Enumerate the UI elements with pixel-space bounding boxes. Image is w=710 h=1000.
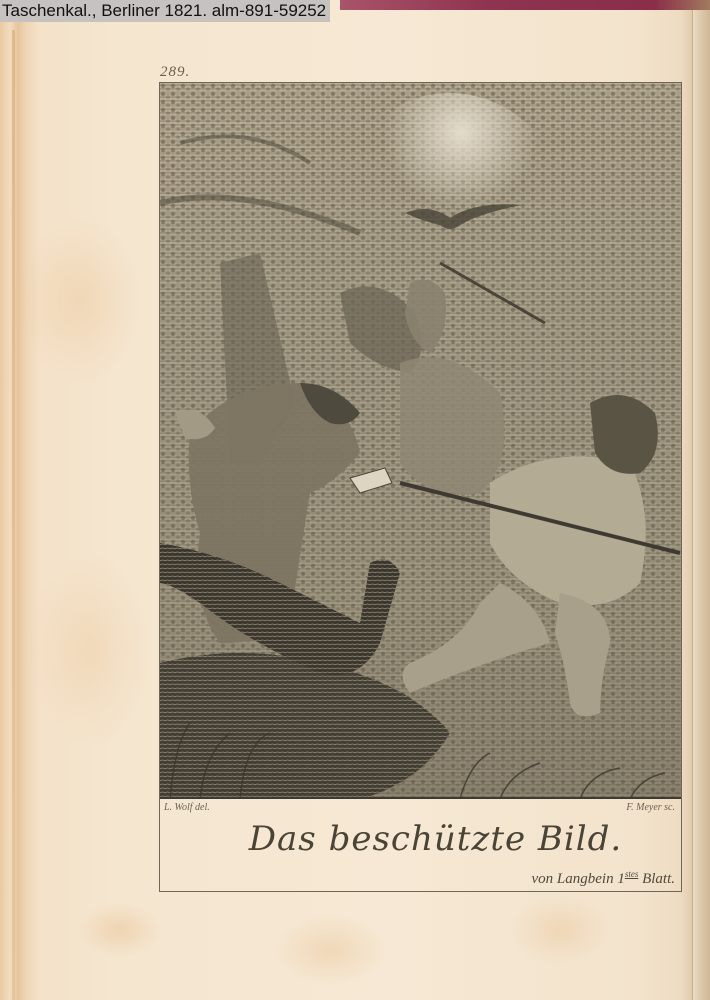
page-gutter bbox=[12, 30, 15, 1000]
book-page: 289. bbox=[0, 0, 710, 1000]
subtitle-author: von Langbein 1 bbox=[532, 871, 625, 887]
viewer-title: Taschenkal., Berliner 1821. alm-891-5925… bbox=[0, 0, 330, 22]
page-number: 289. bbox=[160, 64, 190, 81]
engraving-scene bbox=[160, 83, 681, 799]
engraver-credit: F. Meyer sc. bbox=[626, 802, 675, 813]
plate-subtitle: von Langbein 1stes Blatt. bbox=[532, 869, 676, 888]
subtitle-ordinal: stes bbox=[625, 869, 639, 879]
plate-title: Das beschützte Bild. bbox=[160, 819, 681, 859]
engraving-illustration bbox=[160, 83, 681, 799]
artist-credit: L. Wolf del. bbox=[164, 802, 210, 813]
book-cover-edge bbox=[340, 0, 710, 10]
plate-caption: L. Wolf del. F. Meyer sc. Das beschützte… bbox=[160, 799, 681, 891]
subtitle-sheet: Blatt. bbox=[638, 871, 675, 887]
page-edge bbox=[692, 10, 710, 1000]
